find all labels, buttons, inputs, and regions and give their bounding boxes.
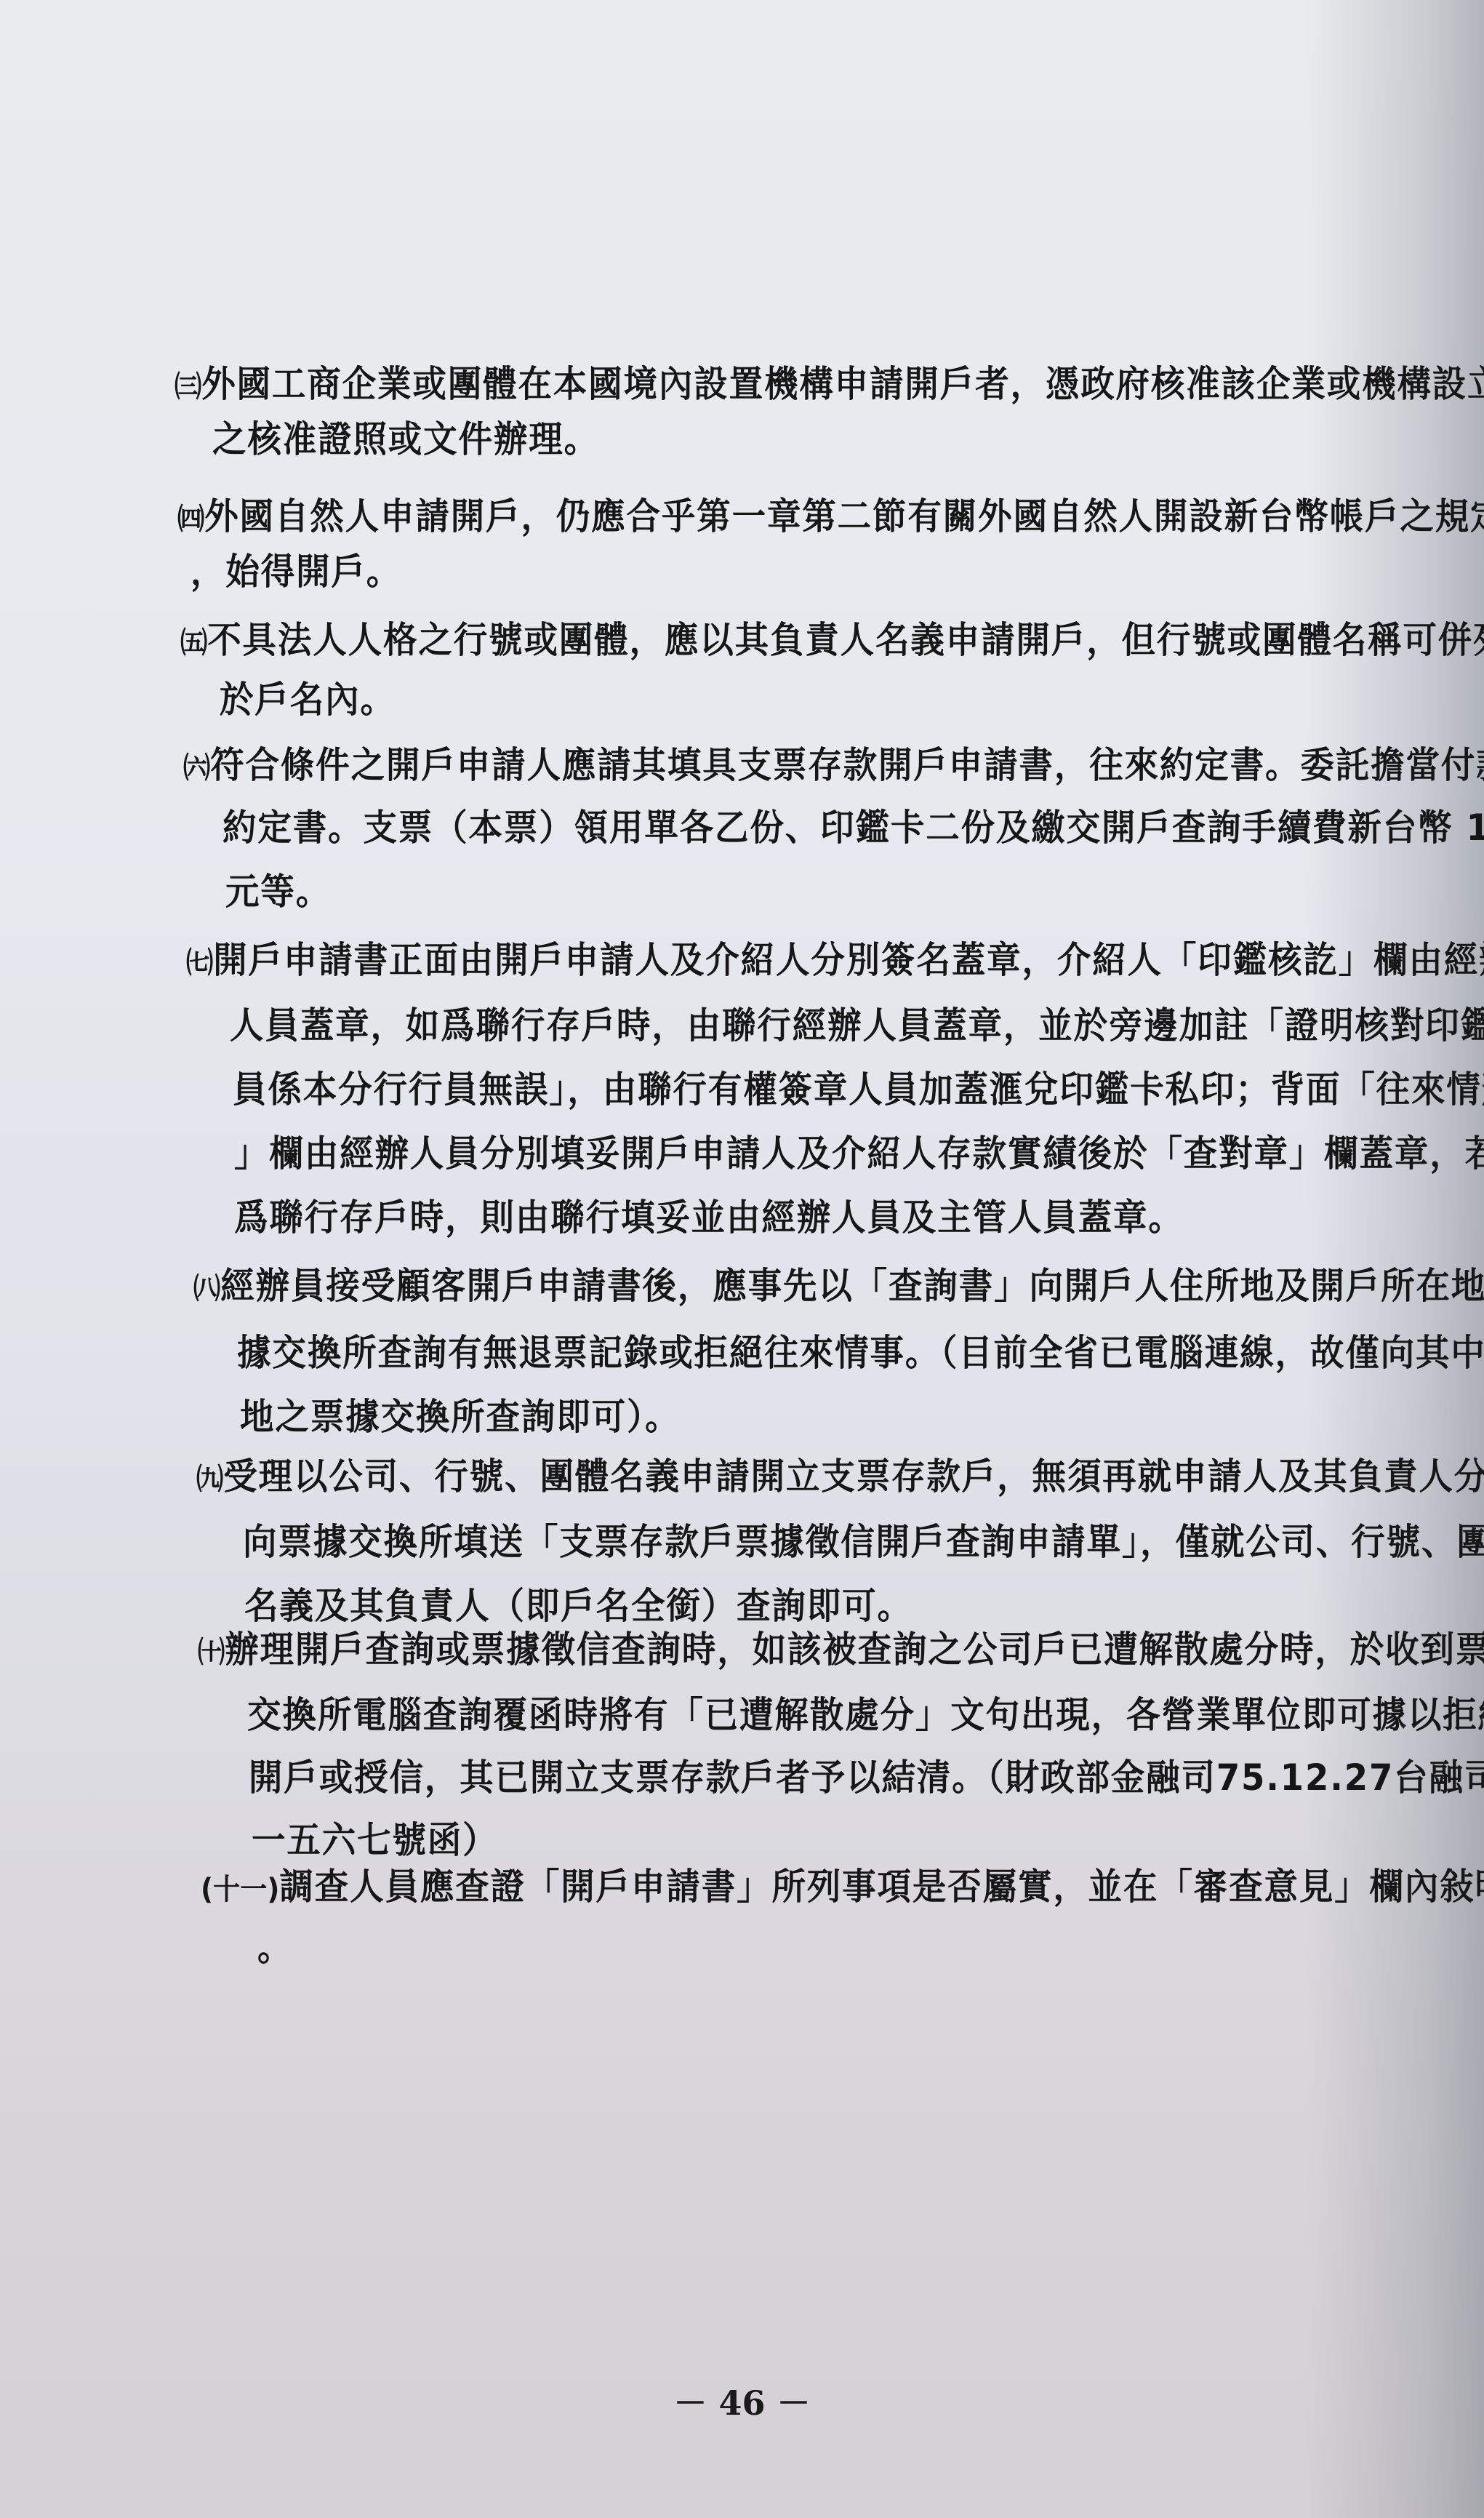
item-text: 辦理開戶查詢或票據徵信查詢時，如該被查詢之公司戶已遭解散處分時，於收到票據 [225,1628,1484,1671]
item-marker: ㈢ [175,370,201,404]
item-line: ，始得開戶。 [190,550,401,593]
item-marker: (十一) [201,1873,279,1906]
item-line: ㈥符合條件之開戶申請人應請其填具支票存款開戶申請書，往來約定書。委託擔當付款 [183,743,1484,790]
item-line: 人員蓋章，如爲聯行存戶時，由聯行經辦人員蓋章，並於旁邊加註「證明核對印鑑人 [230,1004,1484,1047]
item-marker: ㈨ [196,1463,223,1496]
item-line: (十一)調查人員應查證「開戶申請書」所列事項是否屬實，並在「審查意見」欄內敍明意… [201,1865,1484,1911]
item-line: ㈦開戶申請書正面由開戶申請人及介紹人分別簽名蓋章，介紹人「印鑑核訖」欄由經辦 [186,938,1484,985]
item-text: 外國自然人申請開戶，仍應合乎第一章第二節有關外國自然人開設新台幣帳戶之規定 [204,495,1484,537]
item-line: ㈤不具法人人格之行號或團體，應以其負責人名義申請開戶，但行號或團體名稱可併列 [180,618,1484,665]
item-marker: ㈧ [193,1272,220,1306]
item-line: 」欄由經辦人員分別填妥開戶申請人及介紹人存款實績後於「查對章」欄蓋章，若 [234,1132,1484,1175]
item-marker: ㈥ [183,751,210,785]
item-line: ㈩辦理開戶查詢或票據徵信查詢時，如該被查詢之公司戶已遭解散處分時，於收到票據 [198,1628,1484,1674]
item-marker: ㈤ [180,626,207,660]
item-line: 元等。 [225,870,331,914]
item-marker: ㈦ [186,946,213,980]
item-line: 向票據交換所填送「支票存款戶票據徵信開戶查詢申請單」，僅就公司、行號、團體 [243,1520,1484,1564]
item-line: 開戶或授信，其已開立支票存款戶者予以結清。（財政部金融司75.12.27台融司發… [249,1756,1484,1799]
item-marker: ㈩ [198,1636,225,1669]
item-line: 交換所電腦查詢覆函時將有「已遭解散處分」文句出現，各營業單位即可據以拒絕其 [247,1693,1484,1737]
item-text: 調查人員應查證「開戶申請書」所列事項是否屬實，並在「審查意見」欄內敍明意見 [279,1866,1484,1908]
item-line: 。 [257,1926,292,1970]
item-line: 爲聯行存戶時，則由聯行填妥並由經辦人員及主管人員蓋章。 [234,1196,1184,1239]
item-line: ㈨受理以公司、行號、團體名義申請開立支票存款戶，無須再就申請人及其負責人分別 [196,1455,1484,1501]
item-text: 經辦員接受顧客開戶申請書後，應事先以「查詢書」向開戶人住所地及開戶所在地票 [220,1265,1484,1307]
item-line: 地之票據交換所查詢即可）。 [240,1395,680,1439]
item-line: 據交換所查詢有無退票記錄或拒絕往來情事。（目前全省已電腦連線，故僅向其中一 [237,1331,1484,1375]
document-page: ㈢外國工商企業或團體在本國境內設置機構申請開戶者，憑政府核准該企業或機構設立 之… [0,0,1484,2518]
item-marker: ㈣ [177,503,204,536]
item-text: 開戶申請書正面由開戶申請人及介紹人分別簽名蓋章，介紹人「印鑑核訖」欄由經辦 [213,939,1484,981]
item-line: ㈧經辦員接受顧客開戶申請書後，應事先以「查詢書」向開戶人住所地及開戶所在地票 [193,1264,1484,1311]
item-line: ㈢外國工商企業或團體在本國境內設置機構申請開戶者，憑政府核准該企業或機構設立 [175,362,1484,409]
page-number: － 46 － [0,2377,1484,2425]
item-text: 符合條件之開戶申請人應請其填具支票存款開戶申請書，往來約定書。委託擔當付款 [210,744,1484,786]
item-text: 不具法人人格之行號或團體，應以其負責人名義申請開戶，但行號或團體名稱可併列 [207,619,1484,661]
item-line: ㈣外國自然人申請開戶，仍應合乎第一章第二節有關外國自然人開設新台幣帳戶之規定 [177,495,1484,541]
item-text: 受理以公司、行號、團體名義申請開立支票存款戶，無須再就申請人及其負責人分別 [223,1455,1484,1498]
item-line: 約定書。支票（本票）領用單各乙份、印鑑卡二份及繳交開戶查詢手續費新台幣 100 [222,806,1484,850]
item-line: 員係本分行行員無誤」，由聯行有權簽章人員加蓋滙兌印鑑卡私印；背面「往來情形 [233,1068,1484,1111]
item-line: 於戶名內。 [220,678,396,722]
item-line: 一五六七號函） [252,1818,498,1862]
item-line: 之核准證照或文件辦理。 [212,417,599,461]
item-line: 名義及其負責人（即戶名全銜）查詢即可。 [244,1584,913,1628]
item-text: 外國工商企業或團體在本國境內設置機構申請開戶者，憑政府核准該企業或機構設立 [201,363,1484,405]
